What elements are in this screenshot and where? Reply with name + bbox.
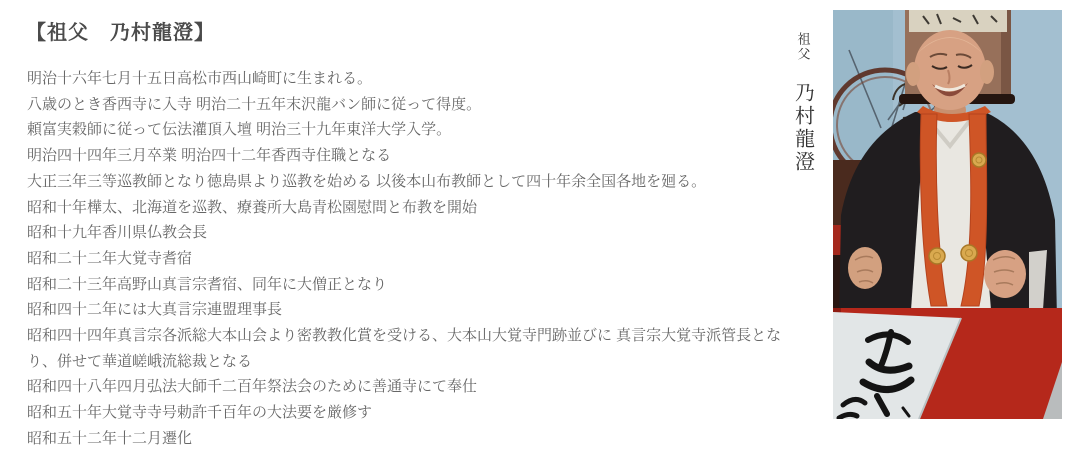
photo-caption: 祖父 乃村龍澄 bbox=[790, 32, 816, 174]
bio-line: 昭和二十二年大覚寺耆宿 bbox=[27, 246, 792, 272]
bio-line: 明治十六年七月十五日高松市西山崎町に生まれる。 bbox=[27, 66, 792, 92]
photo-caption-name: 乃村龍澄 bbox=[789, 82, 818, 174]
bio-line: 昭和五十年大覚寺寺号勅許千百年の大法要を厳修す bbox=[27, 400, 792, 426]
bio-line: 昭和十九年香川県仏教会長 bbox=[27, 220, 792, 246]
photo-caption-label: 祖父 bbox=[794, 32, 813, 62]
page-title: 【祖父 乃村龍澄】 bbox=[26, 16, 215, 45]
bio-line: 昭和四十二年には大真言宗連盟理事長 bbox=[27, 297, 792, 323]
bio-line: 明治四十四年三月卒業 明治四十二年香西寺住職となる bbox=[27, 143, 792, 169]
bio-line: 昭和五十二年十二月遷化 bbox=[27, 426, 792, 452]
bio-line: 頼富実穀師に従って伝法灌頂入壇 明治三十九年東洋大学入学。 bbox=[27, 117, 792, 143]
bio-line: 大正三年三等巡教師となり徳島県より巡教を始める 以後本山布教師として四十年余全国… bbox=[27, 169, 792, 195]
grandfather-photo bbox=[833, 10, 1062, 419]
bio-line: 八歳のとき香西寺に入寺 明治二十五年末沢龍バン師に従って得度。 bbox=[27, 92, 792, 118]
biography-text: 明治十六年七月十五日高松市西山崎町に生まれる。八歳のとき香西寺に入寺 明治二十五… bbox=[27, 66, 792, 452]
bio-line: 昭和四十四年真言宗各派総大本山会より密教教化賞を受ける、大本山大覚寺門跡並びに … bbox=[27, 323, 792, 374]
biography-page: 【祖父 乃村龍澄】 明治十六年七月十五日高松市西山崎町に生まれる。八歳のとき香西… bbox=[0, 0, 1080, 473]
bio-line: 昭和二十三年高野山真言宗耆宿、同年に大僧正となり bbox=[27, 272, 792, 298]
grandfather-photo-art bbox=[833, 10, 1062, 419]
bio-line: 昭和四十八年四月弘法大師千二百年祭法会のために善通寺にて奉仕 bbox=[27, 374, 792, 400]
bio-line: 昭和十年樺太、北海道を巡教、療養所大島青松園慰問と布教を開始 bbox=[27, 195, 792, 221]
